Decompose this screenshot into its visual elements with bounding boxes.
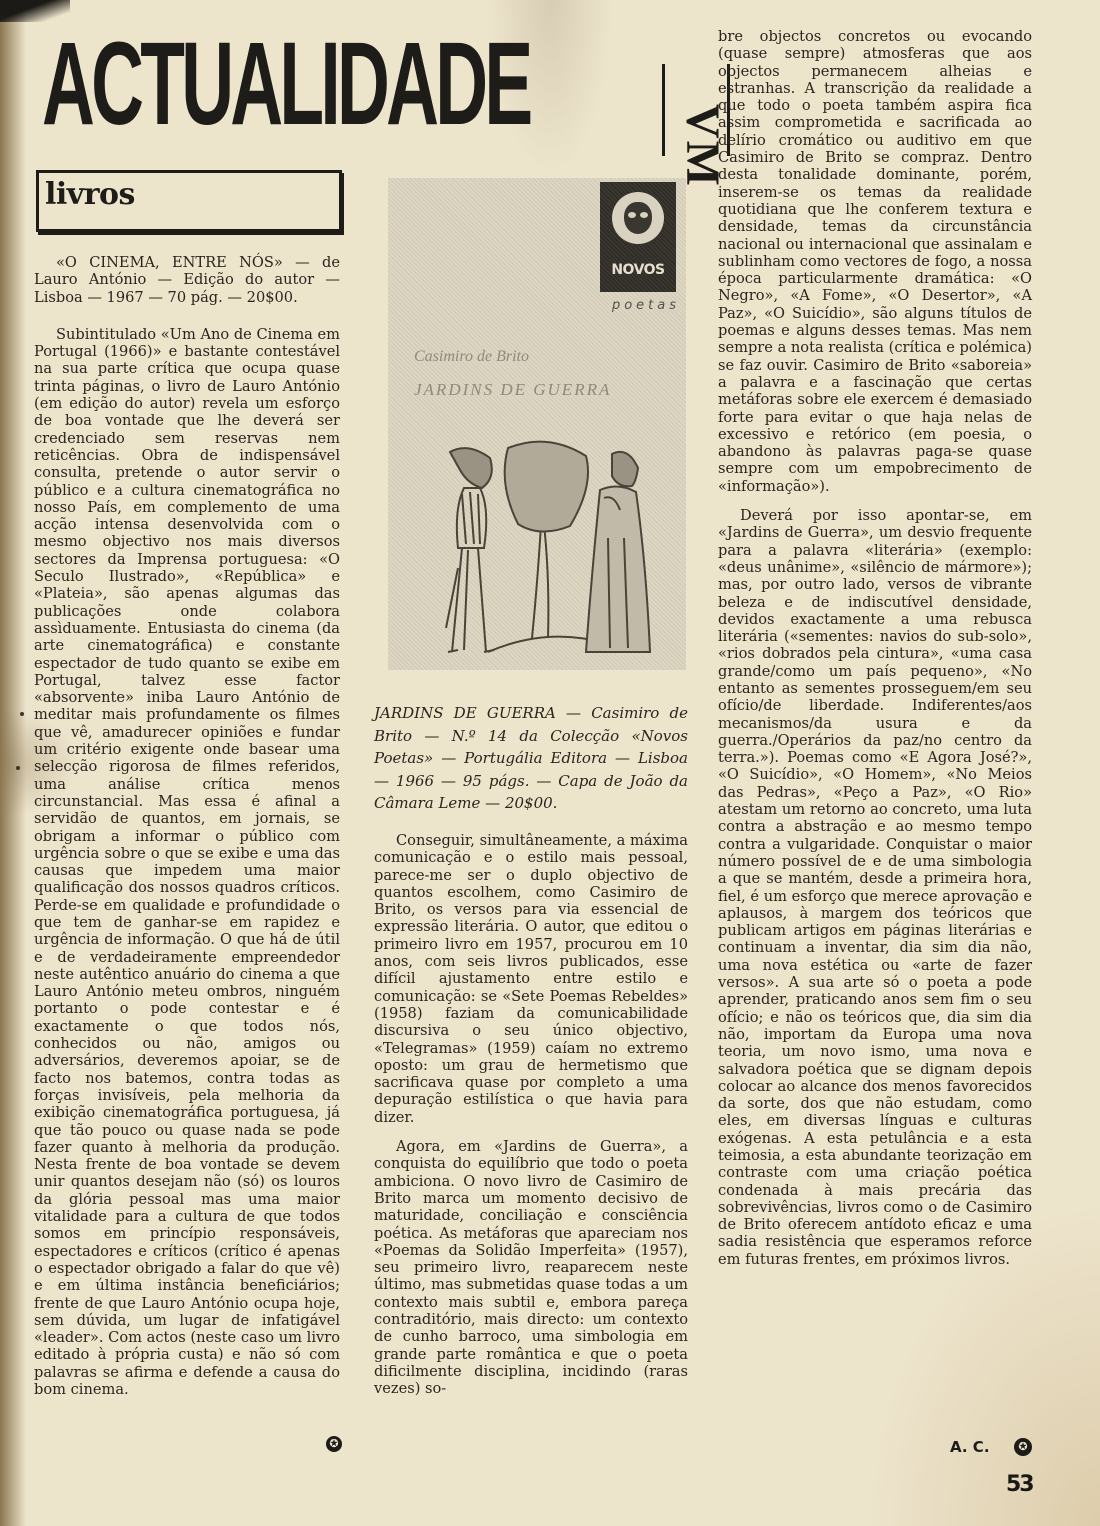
- review-cinema-column: «O CINEMA, ENTRE NÓS» — de Lauro António…: [34, 254, 340, 1398]
- section-header-box: livros: [36, 170, 342, 232]
- novos-poetas-logo: NOVOS: [600, 182, 676, 292]
- review-poetry-column-3: bre objectos concretos ou evocando (quas…: [718, 28, 1032, 1268]
- review2-paragraph-continued: bre objectos concretos ou evocando (quas…: [718, 28, 1032, 495]
- margin-mark: [16, 766, 20, 770]
- margin-mark: [20, 712, 24, 716]
- sun-face-icon: [612, 192, 664, 244]
- cover-title: JARDINS DE GUERRA: [414, 380, 611, 400]
- cover-author: Casimiro de Brito: [414, 348, 529, 366]
- book-cover-image: NOVOS poetas Casimiro de Brito JARDINS D…: [388, 178, 686, 670]
- page-number: 53: [1006, 1472, 1033, 1497]
- review1-paragraph: Subintitulado «Um Ano de Cinema em Portu…: [34, 326, 340, 1398]
- review-poetry-column-2: Conseguir, simultâneamente, a máxima com…: [374, 832, 688, 1398]
- masthead: ACTUALIDADE VM: [42, 28, 692, 140]
- medieval-illustration-icon: [428, 438, 664, 666]
- review2-caption: JARDINS DE GUERRA — Casimiro de Brito — …: [374, 702, 688, 815]
- logo-word: NOVOS: [600, 262, 676, 278]
- section-label: livros: [45, 177, 135, 212]
- author-signature: A. C.: [950, 1438, 990, 1456]
- page-edge-shadow: [0, 0, 26, 1526]
- end-star-icon: ✪: [326, 1436, 342, 1452]
- review2-paragraph: Deverá por isso apontar-se, em «Jardins …: [718, 507, 1032, 1268]
- masthead-title: ACTUALIDADE: [42, 28, 529, 140]
- series-subtitle: poetas: [600, 298, 680, 313]
- end-star-icon: ✪: [1014, 1438, 1032, 1456]
- review2-paragraph: Agora, em «Jardins de Guerra», a conquis…: [374, 1138, 688, 1397]
- review1-bibliography: «O CINEMA, ENTRE NÓS» — de Lauro António…: [34, 254, 340, 306]
- review2-paragraph: Conseguir, simultâneamente, a máxima com…: [374, 832, 688, 1126]
